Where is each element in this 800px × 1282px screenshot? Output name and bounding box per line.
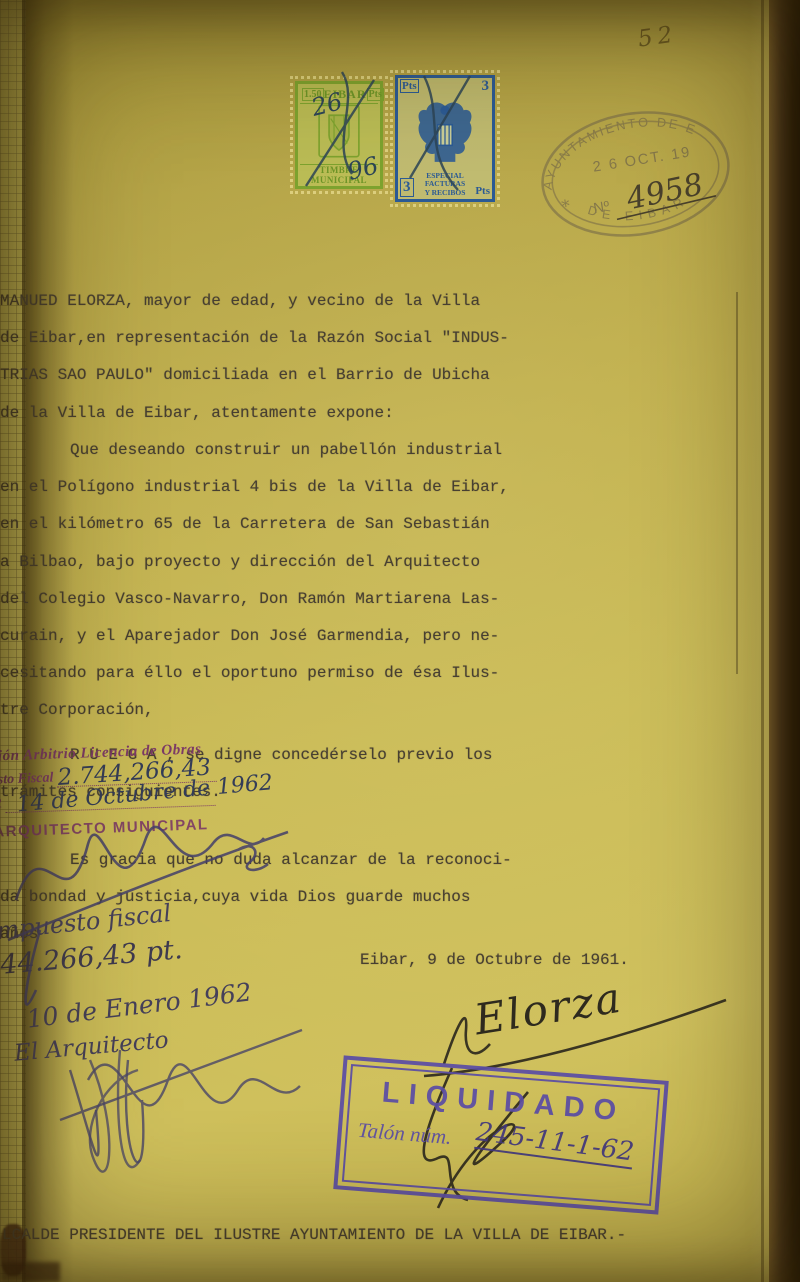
signature-name: Elorza xyxy=(471,973,625,1045)
margin-rule-line xyxy=(736,292,738,674)
page-number: 52 xyxy=(636,21,679,52)
especial-revenue-stamp: Pts 3 3 Pts ESPECIAL FACTURAS Y RECIBOS xyxy=(390,70,500,207)
liquidado-stamp: LIQUIDADO Talón núm. 245-11-1-62 xyxy=(333,1055,669,1214)
municipal-revenue-stamp: 1.50 EIBAR Pts TIMBRE MUNICIPAL xyxy=(290,76,388,194)
letter-paragraph-intro: MANUED ELORZA, mayor de edad, y vecino d… xyxy=(0,283,516,432)
arbitrio-architect-label: ARQUITECTO MUNICIPAL xyxy=(0,814,262,840)
svg-text:4958: 4958 xyxy=(623,167,706,217)
binding-edge xyxy=(769,0,800,1282)
svg-text:*: * xyxy=(560,196,572,216)
stamp-value: 1.50 xyxy=(302,88,324,101)
eagle-emblem-icon xyxy=(414,97,476,171)
stamp-city: EIBAR xyxy=(324,87,367,102)
arbitrio-fiscal-label: esto Fiscal xyxy=(0,771,54,788)
letter-paragraph-expone: Que deseando construir un pabellón indus… xyxy=(0,432,516,730)
scanned-document-page: 52 1.50 EIBAR Pts TIMBRE MUNICIPAL Pts 3 xyxy=(0,0,800,1282)
signature-scrawl xyxy=(60,1040,320,1240)
registry-oval-stamp: AYUNTAMIENTO DE E DE EIBAR 2 6 OCT. 19 *… xyxy=(529,96,742,253)
stamp-currency: Pts xyxy=(367,88,384,101)
stamp-caption: TIMBRE MUNICIPAL xyxy=(300,164,378,185)
letter-paragraph-gracia: Es gracia que no duda alcanzar de la rec… xyxy=(0,842,516,954)
arbitrio-licencia-stamp: ción Arbitrio Licencia de Obras esto Fis… xyxy=(0,739,262,840)
stamp-currency: Pts xyxy=(400,79,419,93)
svg-text:Nº: Nº xyxy=(592,199,611,217)
ink-blot xyxy=(0,1262,60,1282)
stamp-value: 3 xyxy=(482,78,490,95)
arbitrio-date-label: R xyxy=(0,796,2,811)
vertical-crease xyxy=(761,0,764,1282)
letter-date-line: Eibar, 9 de Octubre de 1961. xyxy=(360,951,629,969)
letter-closing-line: LCALDE PRESIDENTE DEL ILUSTRE AYUNTAMIEN… xyxy=(2,1217,692,1254)
arbitrio-date-row: R 14 de Octubre de 1962 xyxy=(0,787,261,813)
shield-icon xyxy=(313,102,365,160)
stamp-caption: ESPECIAL FACTURAS Y RECIBOS xyxy=(412,172,478,198)
